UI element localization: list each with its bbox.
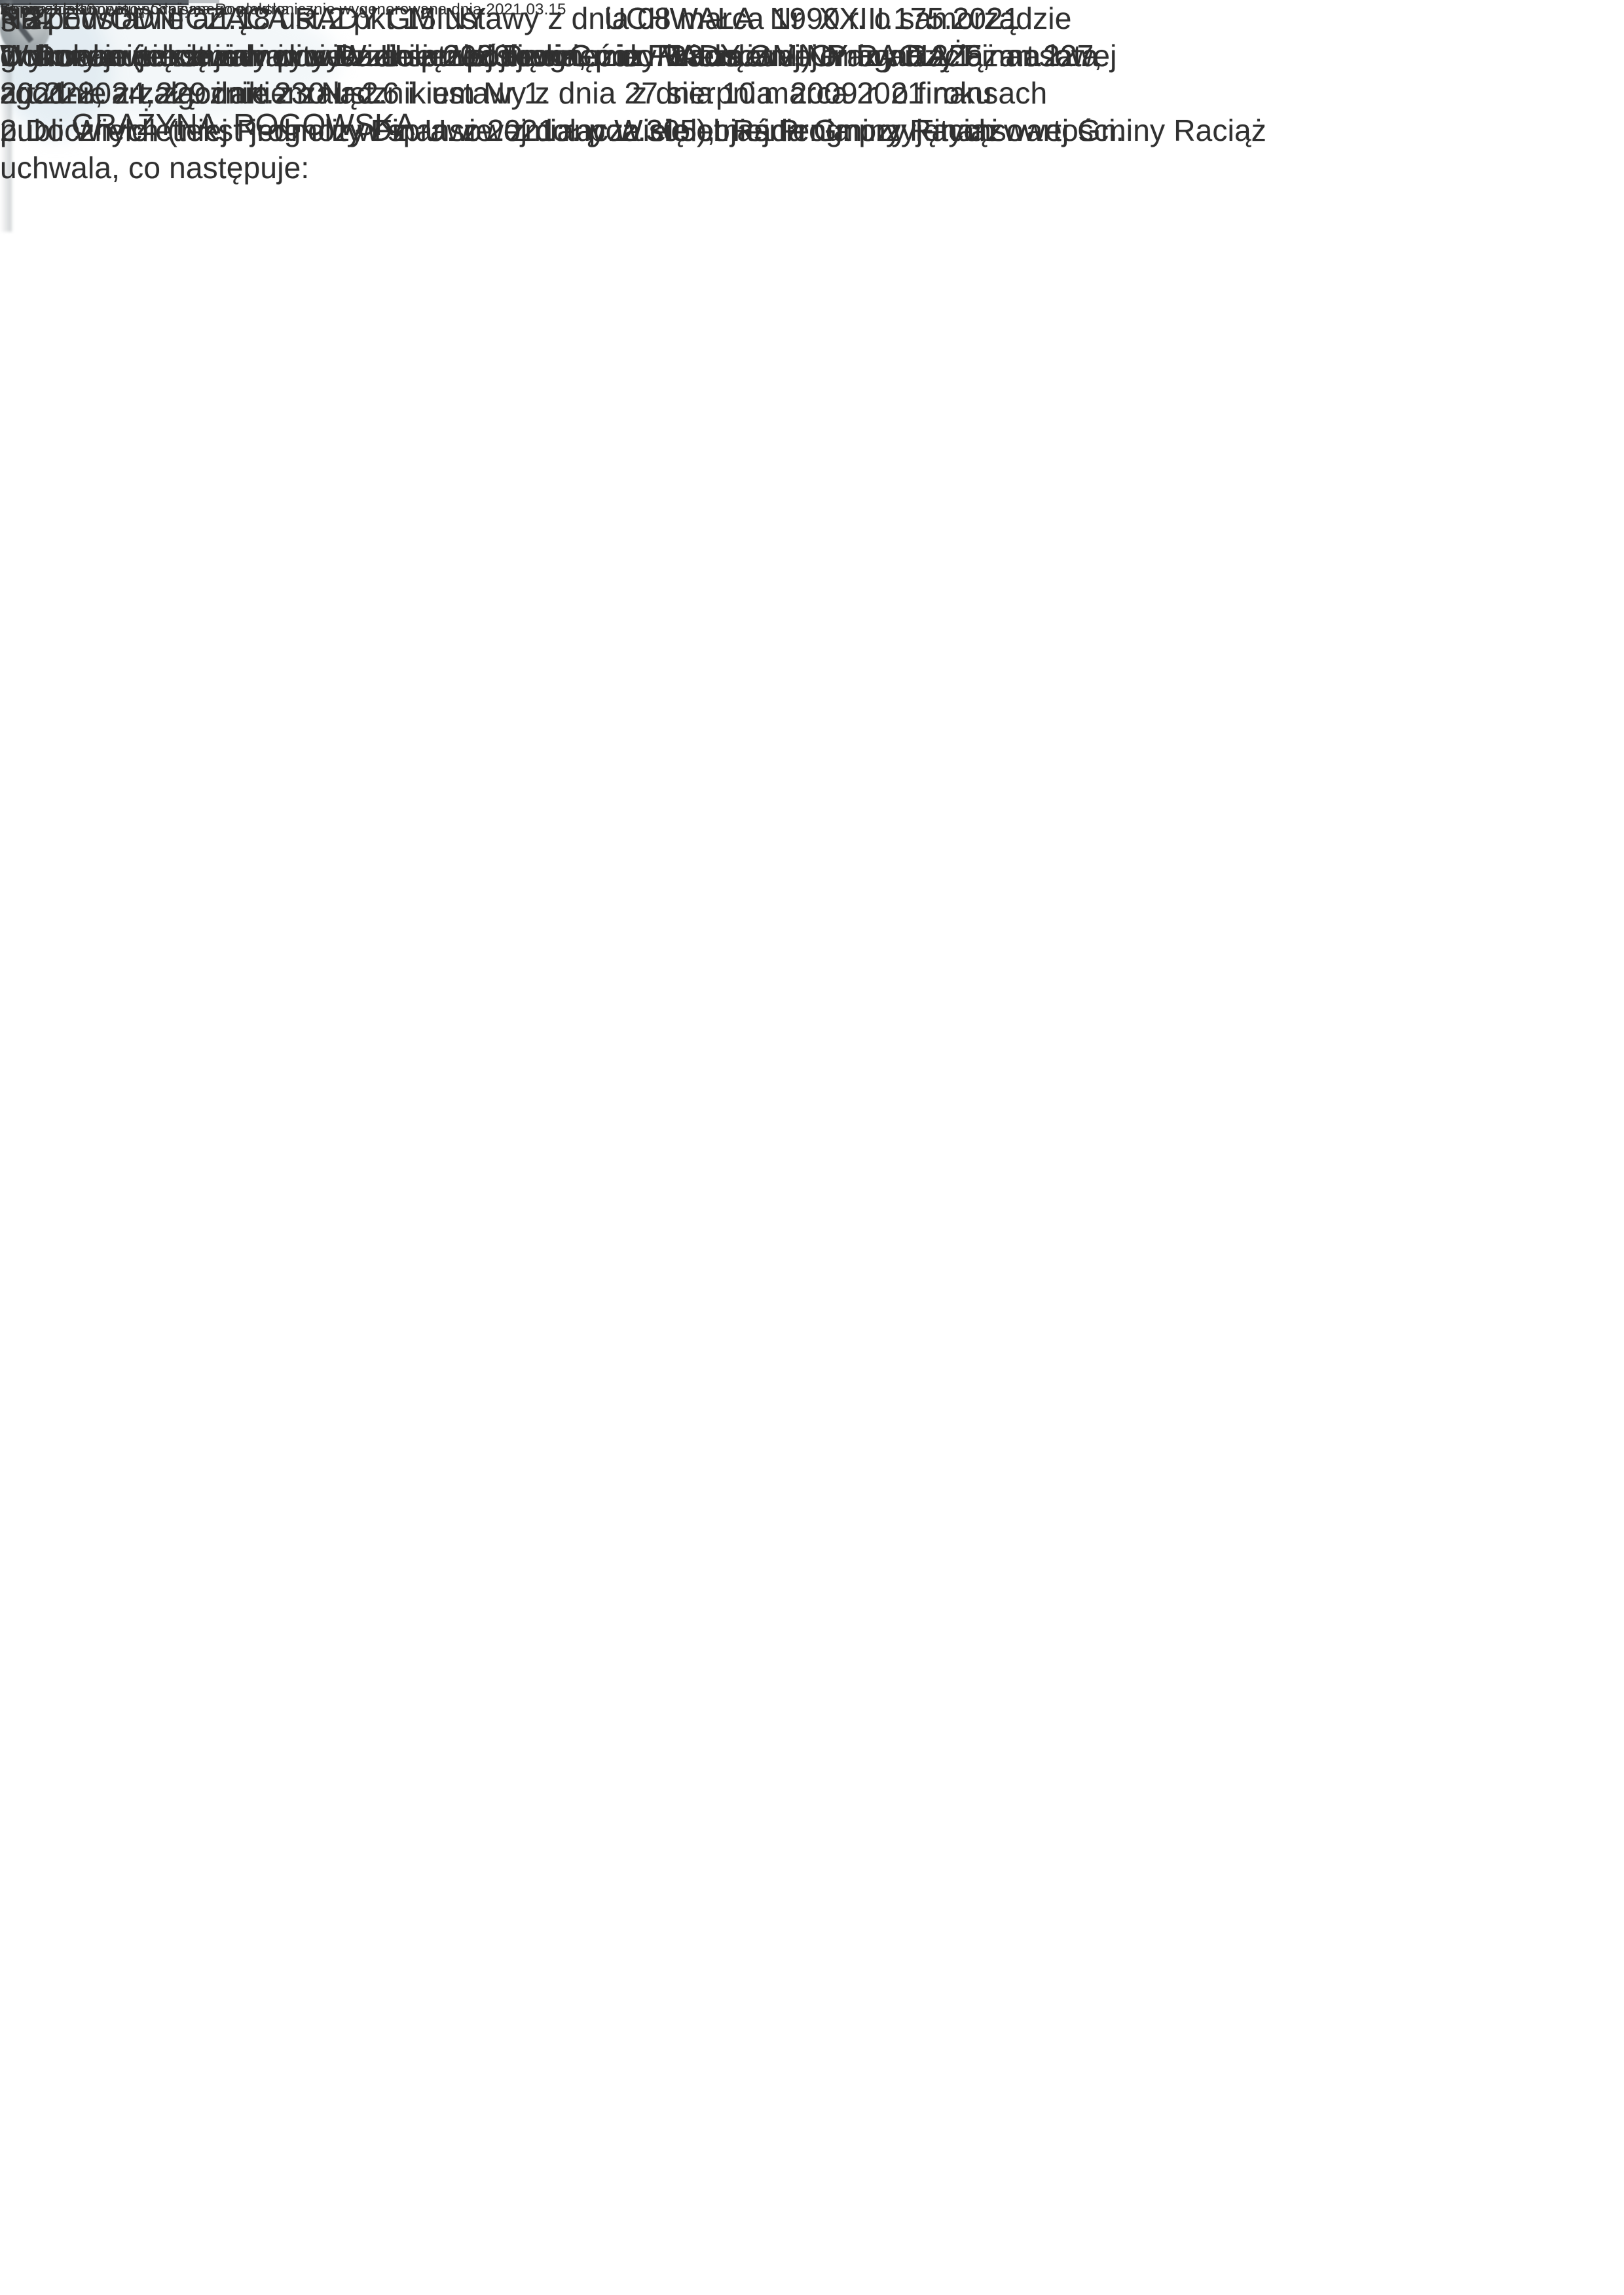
text-line: uchwala, co następuje: [0,149,1102,187]
page-number: Strona 1 z 16 [0,0,95,20]
signature-block: PRZEWODNICZĄCA RADY GMINY GRAŻYNA ROGOWS… [0,0,487,143]
scanned-resolution-page: UCHWAŁA Nr XXIII.175.2021RADY GMINY RACI… [0,0,1624,2295]
signature-name: GRAŻYNA ROGOWSKA [0,106,487,143]
